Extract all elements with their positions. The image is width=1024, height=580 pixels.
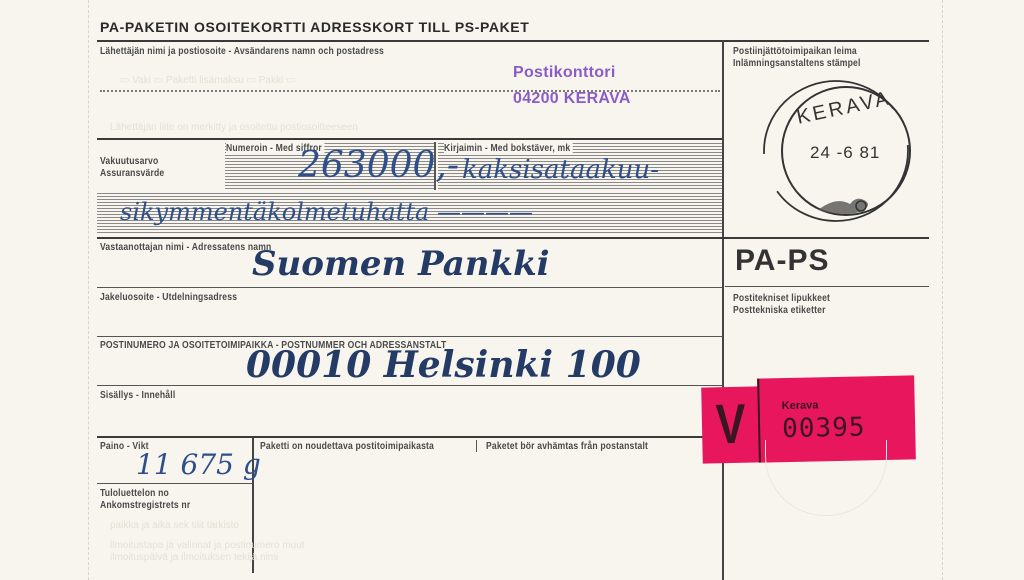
sender-stamp-line2: 04200 KERAVA xyxy=(513,90,631,108)
divider xyxy=(97,237,929,239)
postcode-value: 00010 Helsinki 100 xyxy=(246,344,641,386)
paps-title: PA-PS xyxy=(735,244,829,278)
column-divider xyxy=(722,40,724,580)
divider xyxy=(725,286,929,287)
divider xyxy=(97,287,722,288)
divider xyxy=(97,385,722,386)
office-stamp-label-sv: Inlämningsanstaltens stämpel xyxy=(733,57,861,69)
divider xyxy=(97,483,253,484)
insurance-letters-value-line2: sikymmentäkolmetuhatta ———— xyxy=(120,198,533,226)
insurance-label-fi: Vakuutusarvo xyxy=(100,155,158,167)
postmark-date: 24 -6 81 xyxy=(810,143,880,163)
arrival-register-label-sv: Ankomstregistrets nr xyxy=(100,499,190,511)
arrival-register-label-fi: Tuloluettelon no xyxy=(100,487,169,499)
letters-label: Kirjaimin - Med bokstäver, mk xyxy=(444,142,573,154)
insurance-letters-value-line1: kaksisataakuu- xyxy=(462,155,659,185)
pickup-label-sv: Paketet bör avhämtas från postanstalt xyxy=(486,440,648,452)
sender-label: Lähettäjän nimi ja postiosoite - Avsända… xyxy=(100,45,384,57)
recipient-value: Suomen Pankki xyxy=(252,244,550,284)
sender-stamp-line1: Postikonttori xyxy=(513,64,616,82)
recipient-label: Vastaanottajan nimi - Adressatens namn xyxy=(100,241,271,253)
form-title: PA-PAKETIN OSOITEKORTTI ADRESSKORT TILL … xyxy=(100,19,529,35)
weight-value: 11 675 g xyxy=(136,448,261,481)
divider xyxy=(97,436,722,438)
address-card: PA-PAKETIN OSOITEKORTTI ADRESSKORT TILL … xyxy=(0,0,1024,580)
postal-labels-sv: Posttekniska etiketter xyxy=(733,304,826,316)
divider xyxy=(97,138,722,140)
registration-label-town: Kerava xyxy=(782,399,819,412)
postal-labels-fi: Postitekniset lipukkeet xyxy=(733,292,830,304)
pickup-label-fi: Paketti on noudettava postitoimipaikasta xyxy=(260,440,434,452)
perforation-left xyxy=(88,0,89,580)
perforation-right xyxy=(942,0,943,580)
delivery-address-label: Jakeluosoite - Utdelningsadress xyxy=(100,291,237,303)
postmark: KERAVA 24 -6 81 xyxy=(758,75,933,230)
contents-label: Sisällys - Innehåll xyxy=(100,389,175,401)
insurance-digits-value: 263000,- xyxy=(298,145,459,186)
divider xyxy=(97,336,722,337)
divider xyxy=(97,40,929,42)
registration-label-letter: V xyxy=(701,386,761,463)
insurance-label-sv: Assuransvärde xyxy=(100,167,164,179)
office-stamp-label-fi: Postiinjättötoimipaikan leima xyxy=(733,45,857,57)
